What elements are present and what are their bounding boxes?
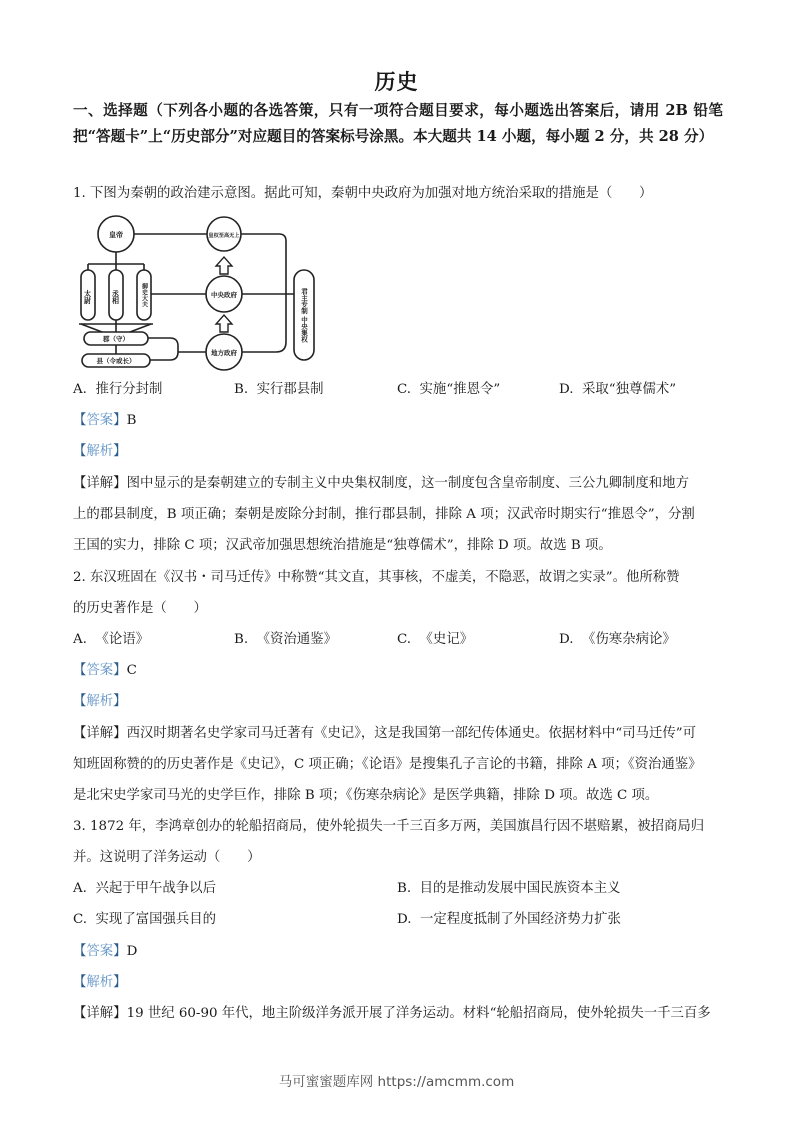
q2-option-a: A. 《论语》	[73, 630, 149, 650]
q3-answer: 【答案】D	[73, 942, 137, 962]
diagram-county-label: 县（令或长）	[97, 356, 136, 365]
q3-stem-line-1: 3. 1872 年，李鸿章创办的轮船招商局，使外轮损失一千三百多万两，美国旗昌行…	[73, 817, 704, 837]
q3-stem-line-2: 并。这说明了洋务运动（ ）	[73, 848, 260, 868]
q1-option-c: C. 实施“推恩令”	[397, 380, 500, 400]
q1-detail-line-1: 【详解】图中显示的是秦朝建立的专制主义中央集权制度，这一制度包含皇帝制度、三公九…	[73, 474, 689, 494]
q3-option-b: B. 目的是推动发展中国民族资本主义	[397, 879, 620, 899]
document-page: 历史 一、选择题（下列各小题的各选答策，只有一项符合题目要求，每小题选出答案后，…	[0, 0, 793, 1122]
q1-option-b: B. 实行郡县制	[234, 380, 324, 400]
q1-option-d: D. 采取“独尊儒术”	[559, 380, 676, 400]
q2-detail-line-1: 【详解】西汉时期著名史学家司马迁著有《史记》，这是我国第一部纪传体通史。依据材料…	[73, 724, 696, 744]
section-heading: 一、选择题（下列各小题的各选答策，只有一项符合题目要求，每小题选出答案后，请用 …	[73, 98, 723, 150]
q3-option-c: C. 实现了富国强兵目的	[73, 910, 216, 930]
q3-detail-line-1: 【详解】19 世纪 60-90 年代，地主阶级洋务派开展了洋务运动。材料“轮船招…	[73, 1004, 711, 1024]
diagram-local-label: 地方政府	[211, 348, 238, 357]
diagram-minister-2: 丞相	[112, 289, 121, 305]
question-1-stem: 1. 下图为秦朝的政治建示意图。据此可知，秦朝中央政府为加强对地方统治采取的措施…	[73, 184, 652, 204]
diagram-central-label: 中央政府	[211, 290, 238, 299]
q3-option-a: A. 兴起于甲午战争以后	[73, 879, 216, 899]
q1-detail-line-3: 王国的实力，排除 C 项；汉武帝加强思想统治措施是“独尊儒术”，排除 D 项。故…	[73, 536, 612, 556]
diagram-side-box-label: 君主专制 中央集权	[300, 287, 308, 344]
q2-option-c: C. 《史记》	[397, 630, 473, 650]
q1-analysis-label: 【解析】	[73, 442, 127, 462]
q2-stem-line-2: 的历史著作是（ ）	[73, 599, 207, 619]
diagram-minister-1: 太尉	[84, 289, 93, 305]
footer-watermark: 马可蜜蜜题库网 https://amcmm.com	[0, 1070, 793, 1090]
q2-option-d: D. 《伤寒杂病论》	[559, 630, 676, 650]
q1-option-a: A. 推行分封制	[73, 380, 162, 400]
q2-stem-line-1: 2. 东汉班固在《汉书・司马迁传》中称赞“其文直，其事核，不虚美，不隐恶，故谓之…	[73, 568, 680, 588]
diagram-emperor-label: 皇帝	[109, 230, 123, 239]
q2-analysis-label: 【解析】	[73, 692, 127, 712]
q3-analysis-label: 【解析】	[73, 973, 127, 993]
q1-answer: 【答案】B	[73, 411, 136, 431]
diagram-top-circle-label: 皇权至高无上	[208, 231, 240, 239]
q1-detail-line-2: 上的郡县制度，B 项正确；秦朝是废除分封制，推行郡县制，排除 A 项；汉武帝时期…	[73, 505, 695, 525]
q2-answer: 【答案】C	[73, 661, 137, 681]
q2-detail-line-2: 知班固称赞的的历史著作是《史记》，C 项正确；《论语》是搜集孔子言论的书籍，排除…	[73, 755, 702, 775]
diagram-commandery-label: 郡（守）	[102, 334, 129, 343]
diagram-minister-3: 御史大夫	[141, 282, 149, 308]
qin-political-structure-diagram: 皇帝 皇权至高无上 中央政府 地方政府 太尉 丞相 御史大夫 郡（守） 县（令或…	[74, 212, 326, 372]
q2-option-b: B. 《资治通鉴》	[234, 630, 337, 650]
q3-option-d: D. 一定程度抵制了外国经济势力扩张	[397, 910, 621, 930]
page-title: 历史	[0, 66, 793, 96]
q2-detail-line-3: 是北宋史学家司马光的史学巨作，排除 B 项；《伤寒杂病论》是医学典籍，排除 D …	[73, 786, 658, 806]
